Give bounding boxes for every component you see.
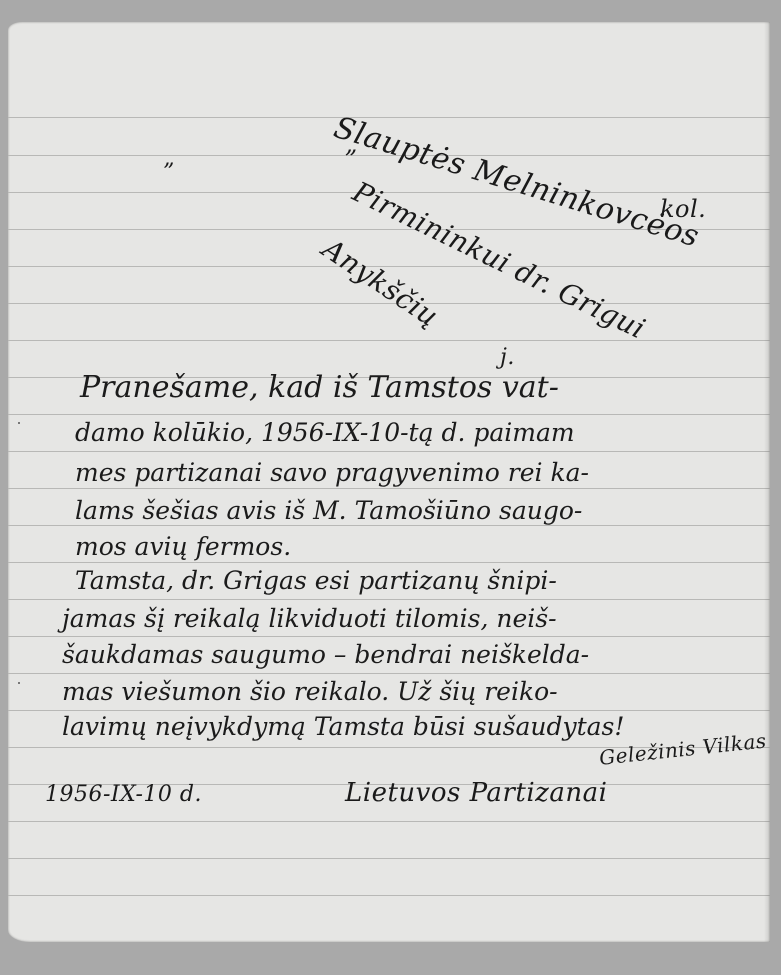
body-line: mas viešumon šio reikalo. Už šių reiko-: [62, 677, 558, 706]
body-line: mes partizanai savo pragyvenimo rei ka-: [75, 458, 589, 487]
ruled-line: [8, 340, 770, 341]
letter-date: 1956-IX-10 d.: [45, 782, 202, 807]
signature: Lietuvos Partizanai: [345, 778, 607, 808]
quote-mark: ”: [163, 160, 175, 185]
body-line: damo kolūkio, 1956-IX-10-tą d. paimam: [75, 418, 575, 447]
ruled-line: [8, 266, 770, 267]
j-mark: j.: [500, 345, 515, 370]
body-line: mos avių fermos.: [75, 532, 291, 561]
body-line: lavimų neįvykdymą Tamsta būsi sušaudytas…: [62, 712, 624, 741]
ruled-line: [8, 562, 770, 563]
body-line: jamas šį reikalą likviduoti tilomis, nei…: [62, 604, 557, 633]
ruled-line: [8, 599, 770, 600]
ruled-line: [8, 710, 770, 711]
ruled-line: [8, 895, 770, 896]
body-line: Tamsta, dr. Grigas esi partizanų šnipi-: [75, 566, 557, 595]
ruled-line: [8, 414, 770, 415]
body-line: šaukdamas saugumo – bendrai neiškelda-: [62, 640, 589, 669]
ruled-line: [8, 117, 770, 118]
ruled-line: [8, 525, 770, 526]
margin-dot: [18, 422, 20, 424]
ruled-line: [8, 821, 770, 822]
margin-dot: [18, 682, 20, 684]
ruled-line: [8, 488, 770, 489]
body-line: lams šešias avis iš M. Tamošiūno saugo-: [75, 496, 582, 525]
body-line: Pranešame, kad iš Tamstos vat-: [80, 370, 559, 405]
ruled-line: [8, 673, 770, 674]
ruled-line: [8, 858, 770, 859]
ruled-line: [8, 451, 770, 452]
addressee-line-3: kol.: [660, 195, 706, 223]
ruled-line: [8, 636, 770, 637]
